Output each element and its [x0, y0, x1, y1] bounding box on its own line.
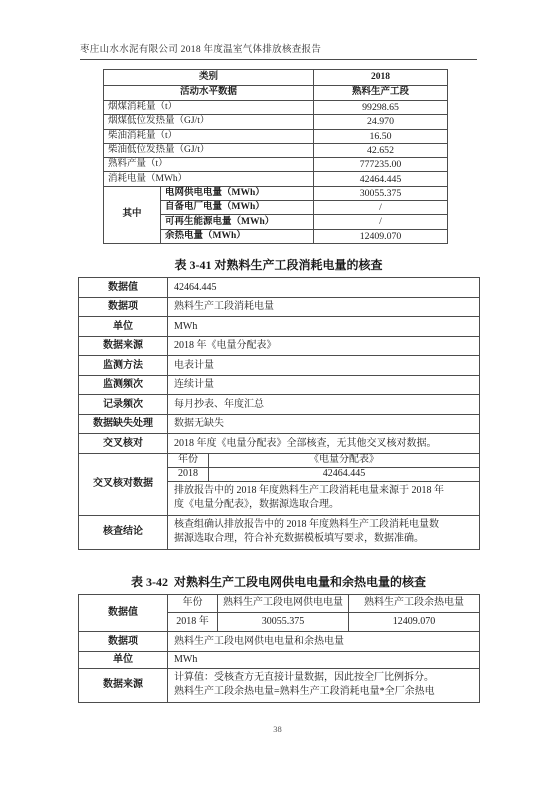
- row-value: 2018 年《电量分配表》: [168, 336, 480, 356]
- table-row: 消耗电量（MWh） 42464.445: [104, 172, 448, 186]
- table-row: 熟料产量（t） 777235.00: [104, 158, 448, 172]
- verification-table-341: 数据值 42464.445 数据项 熟料生产工段消耗电量 单位 MWh 数据来源…: [78, 277, 480, 550]
- source-header-cell: 《电量分配表》: [209, 453, 480, 467]
- conclusion-label: 核查结论: [79, 515, 168, 549]
- row-label: 电网供电电量（MWh）: [161, 186, 314, 200]
- row-label: 监测频次: [79, 375, 168, 395]
- row-label: 烟煤消耗量（t）: [104, 101, 314, 115]
- table-row: 数据项 熟料生产工段电网供电电量和余热电量: [79, 632, 480, 652]
- row-value: /: [314, 201, 448, 215]
- table-row: 烟煤消耗量（t） 99298.65: [104, 101, 448, 115]
- row-label: 单位: [79, 317, 168, 337]
- activity-data-table: 类别 2018 活动水平数据 熟料生产工段 烟煤消耗量（t） 99298.65 …: [103, 69, 448, 244]
- row-value: 42464.445: [314, 172, 448, 186]
- row-label: 数据来源: [79, 668, 168, 702]
- table-row: 交叉核对 2018 年度《电量分配表》全部核查，无其他交叉核对数据。: [79, 434, 480, 454]
- row-label: 数据项: [79, 632, 168, 652]
- row-value: 电表计量: [168, 356, 480, 376]
- table-row: 数据来源 计算值：受核查方无直接计量数据，因此按全厂比例拆分。 熟料生产工段余热…: [79, 668, 480, 702]
- table-row: 监测频次 连续计量: [79, 375, 480, 395]
- row-label: 数据缺失处理: [79, 414, 168, 434]
- table-row: 其中 电网供电电量（MWh） 30055.375: [104, 186, 448, 200]
- row-label: 熟料产量（t）: [104, 158, 314, 172]
- conclusion-text: 核查组确认排放报告中的 2018 年度熟料生产工段消耗电量数 据源选取合理，符合…: [168, 515, 480, 549]
- table-row: 类别 2018: [104, 70, 448, 86]
- row-value: 99298.65: [314, 101, 448, 115]
- table-row: 监测方法 电表计量: [79, 356, 480, 376]
- table-row: 数据值 42464.445: [79, 278, 480, 298]
- year-header-cell: 年份: [168, 453, 209, 467]
- row-label: 柴油消耗量（t）: [104, 129, 314, 143]
- verification-table-342: 数据值 年份 熟料生产工段电网供电电量 熟料生产工段余热电量 2018 年 30…: [78, 594, 480, 703]
- waste-heat-header-cell: 熟料生产工段余热电量: [349, 595, 480, 613]
- cross-check-data-label: 交叉核对数据: [79, 453, 168, 515]
- table-row: 烟煤低位发热量（GJ/t） 24.970: [104, 115, 448, 129]
- running-header-text: 枣庄山水水泥有限公司 2018 年度温室气体排放核查报告: [80, 45, 321, 55]
- table-row: 单位 MWh: [79, 317, 480, 337]
- row-label: 消耗电量（MWh）: [104, 172, 314, 186]
- table-row: 活动水平数据 熟料生产工段: [104, 85, 448, 101]
- row-label: 记录频次: [79, 395, 168, 415]
- row-label: 柴油低位发热量（GJ/t）: [104, 143, 314, 157]
- table-row: 单位 MWh: [79, 651, 480, 668]
- row-value: 16.50: [314, 129, 448, 143]
- row-value: 42464.445: [168, 278, 480, 298]
- row-value: 777235.00: [314, 158, 448, 172]
- subheader-label-cell: 活动水平数据: [104, 85, 314, 101]
- row-value: 数据无缺失: [168, 414, 480, 434]
- row-value: 熟料生产工段消耗电量: [168, 297, 480, 317]
- row-value: 24.970: [314, 115, 448, 129]
- table-row: 数据项 熟料生产工段消耗电量: [79, 297, 480, 317]
- data-value-label: 数据值: [79, 595, 168, 632]
- waste-heat-value: 12409.070: [349, 612, 480, 632]
- year-header-cell: 2018: [314, 70, 448, 86]
- row-label: 交叉核对: [79, 434, 168, 454]
- value-cell: 42464.445: [209, 467, 480, 481]
- year-cell: 2018 年: [168, 612, 218, 632]
- grid-power-header-cell: 熟料生产工段电网供电电量: [218, 595, 349, 613]
- row-value: MWh: [168, 317, 480, 337]
- table-row: 数据缺失处理 数据无缺失: [79, 414, 480, 434]
- table-342-title: 表 3-42 对熟料生产工段电网供电电量和余热电量的核查: [78, 573, 479, 590]
- table-341-title: 表 3-41 对熟料生产工段消耗电量的核查: [78, 256, 479, 273]
- table-row: 核查结论 核查组确认排放报告中的 2018 年度熟料生产工段消耗电量数 据源选取…: [79, 515, 480, 549]
- category-header-cell: 类别: [104, 70, 314, 86]
- row-label: 数据值: [79, 278, 168, 298]
- cross-check-note: 排放报告中的 2018 年度熟料生产工段消耗电量来源于 2018 年 度《电量分…: [168, 481, 480, 515]
- grid-power-value: 30055.375: [218, 612, 349, 632]
- table-row: 数据来源 2018 年《电量分配表》: [79, 336, 480, 356]
- row-label: 监测方法: [79, 356, 168, 376]
- row-value: MWh: [168, 651, 480, 668]
- row-value: 30055.375: [314, 186, 448, 200]
- table-row: 数据值 年份 熟料生产工段电网供电电量 熟料生产工段余热电量: [79, 595, 480, 613]
- row-value: 每月抄表、年度汇总: [168, 395, 480, 415]
- row-value: 连续计量: [168, 375, 480, 395]
- row-label: 数据项: [79, 297, 168, 317]
- row-value: 计算值：受核查方无直接计量数据，因此按全厂比例拆分。 熟料生产工段余热电量=熟料…: [168, 668, 480, 702]
- table-row: 柴油低位发热量（GJ/t） 42.652: [104, 143, 448, 157]
- row-value: 2018 年度《电量分配表》全部核查，无其他交叉核对数据。: [168, 434, 480, 454]
- row-label: 数据来源: [79, 336, 168, 356]
- subheader-value-cell: 熟料生产工段: [314, 85, 448, 101]
- row-label: 单位: [79, 651, 168, 668]
- row-label: 烟煤低位发热量（GJ/t）: [104, 115, 314, 129]
- year-header-cell: 年份: [168, 595, 218, 613]
- table-row: 交叉核对数据 年份 《电量分配表》: [79, 453, 480, 467]
- table-row: 记录频次 每月抄表、年度汇总: [79, 395, 480, 415]
- running-header: 枣庄山水水泥有限公司 2018 年度温室气体排放核查报告: [80, 41, 477, 60]
- row-value: 12409.070: [314, 229, 448, 243]
- row-label: 自备电厂电量（MWh）: [161, 201, 314, 215]
- report-page: 枣庄山水水泥有限公司 2018 年度温室气体排放核查报告 类别 2018 活动水…: [0, 0, 555, 785]
- row-label: 余热电量（MWh）: [161, 229, 314, 243]
- row-value: 熟料生产工段电网供电电量和余热电量: [168, 632, 480, 652]
- year-cell: 2018: [168, 467, 209, 481]
- among-which-label: 其中: [104, 186, 161, 243]
- row-value: /: [314, 215, 448, 229]
- table-row: 柴油消耗量（t） 16.50: [104, 129, 448, 143]
- row-label: 可再生能源电量（MWh）: [161, 215, 314, 229]
- row-value: 42.652: [314, 143, 448, 157]
- page-number: 38: [0, 724, 555, 734]
